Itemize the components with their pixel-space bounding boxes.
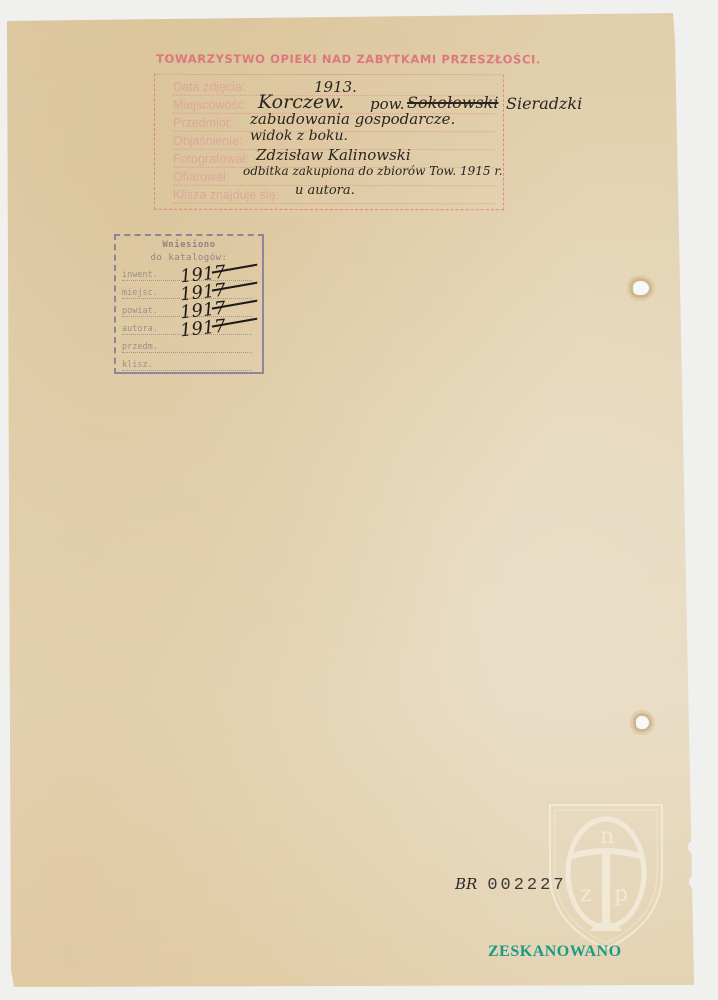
catalog-entry-stamp: Wniesiono do katalogów: inwent. 1917 mie… [114, 234, 264, 374]
catalog-label: powiat. [122, 306, 158, 316]
handwritten-negative-location: u autora. [295, 183, 355, 198]
catalog-row-county: powiat. 1917 [122, 302, 252, 317]
label-negative-location: Klisza znajduje się: [173, 188, 279, 202]
catalog-label: miejsc. [122, 288, 158, 298]
catalog-row-negative: klisz. [122, 356, 252, 371]
catalog-title-line1: Wniesiono [116, 240, 262, 250]
paper-hole [633, 281, 649, 295]
label-donor: Ofiarował: [173, 170, 229, 184]
inventory-digits: 002227 [487, 876, 566, 895]
label-description: Objaśnienie: [173, 134, 243, 148]
handwritten-donor: odbitka zakupiona do zbiorów Tow. 1915 r… [243, 164, 503, 178]
svg-text:p: p [614, 882, 628, 907]
inventory-number: BR 002227 [455, 875, 567, 895]
catalog-label: klisz. [122, 360, 153, 370]
handwritten-subject: zabudowania gospodarcze. [250, 110, 455, 128]
handwritten-description: widok z boku. [250, 128, 348, 144]
inventory-prefix: BR [455, 875, 477, 893]
catalog-title-line2: do katalogów: [116, 253, 262, 263]
catalog-label: autora. [122, 324, 158, 334]
handwritten-photographer: Zdzisław Kalinowski [256, 146, 411, 164]
edge-notch [689, 876, 699, 888]
label-photographer: Fotografował: [173, 152, 249, 166]
paper-hole [636, 716, 649, 729]
edge-notch [688, 841, 698, 853]
label-photo-date: Data zdjęcia: [173, 80, 245, 94]
svg-text:z: z [580, 882, 592, 907]
handwritten-county: Sieradzki [506, 94, 582, 113]
catalog-row-subject: przedm. [122, 338, 252, 353]
stamp-title: TOWARZYSTWO OPIEKI NAD ZABYTKAMI PRZESZŁ… [156, 52, 541, 67]
catalog-label: inwent. [122, 270, 158, 280]
catalog-row-inventory: inwent. 1917 [122, 266, 252, 281]
scan-canvas: TOWARZYSTWO OPIEKI NAD ZABYTKAMI PRZESZŁ… [0, 0, 718, 1000]
label-locality: Miejscowość: [173, 98, 247, 112]
catalog-row-author: autora. 1917 [122, 320, 252, 335]
svg-text:n: n [600, 824, 614, 849]
scanned-stamp: ZESKANOWANO [488, 943, 622, 961]
label-subject: Przedmiot: [173, 116, 233, 130]
catalog-label: przedm. [122, 342, 158, 352]
catalog-row-locality: miejsc. 1917 [122, 284, 252, 299]
